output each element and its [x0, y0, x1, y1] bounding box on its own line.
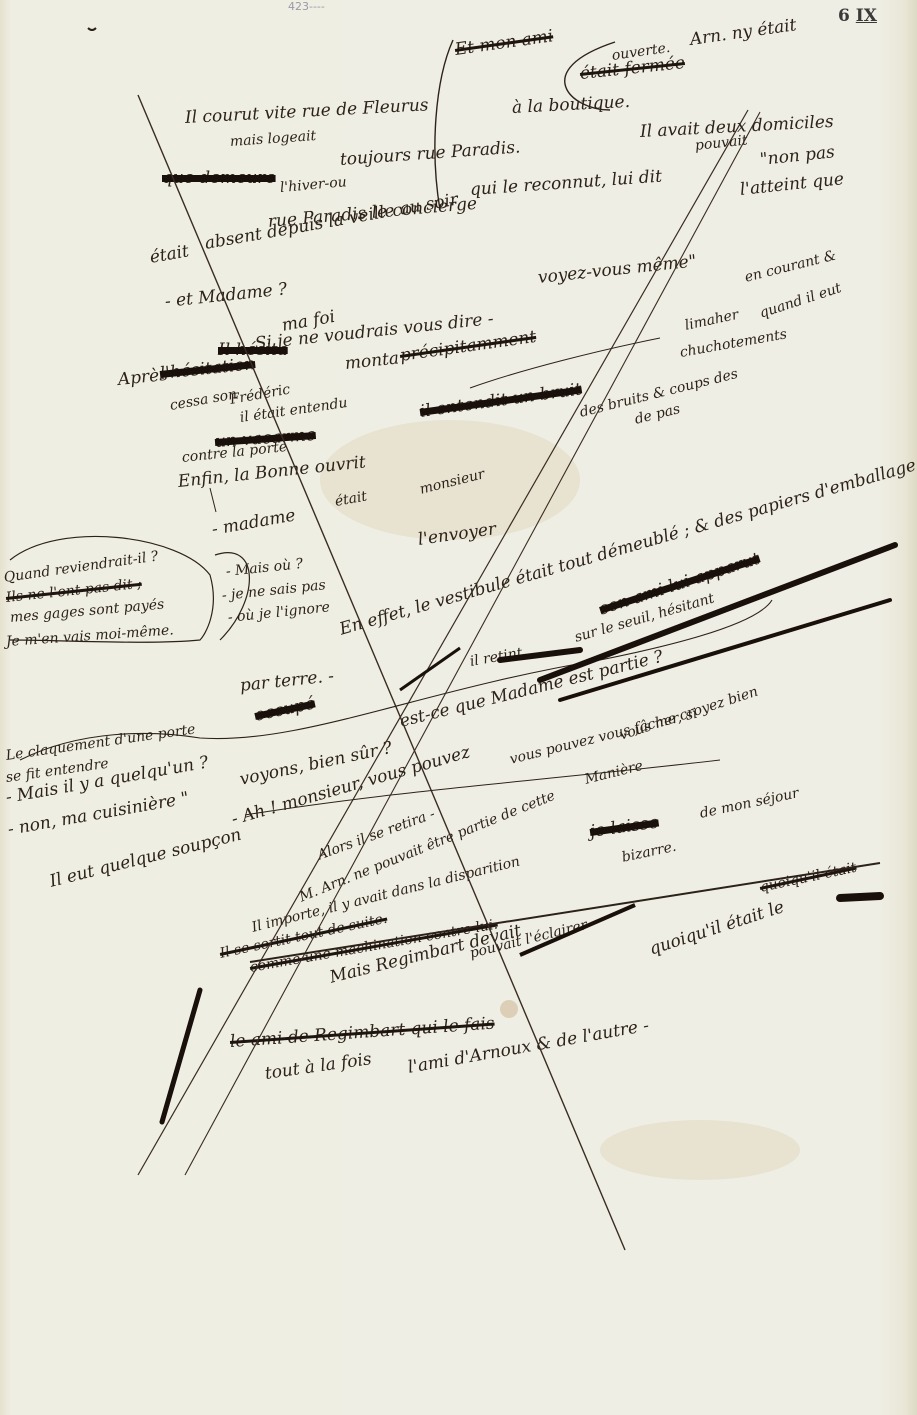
manuscript-page: 423---- 6 IX Et mon ami Arn. ny était ou… [0, 0, 917, 1415]
cancellation-strokes [0, 0, 917, 1415]
